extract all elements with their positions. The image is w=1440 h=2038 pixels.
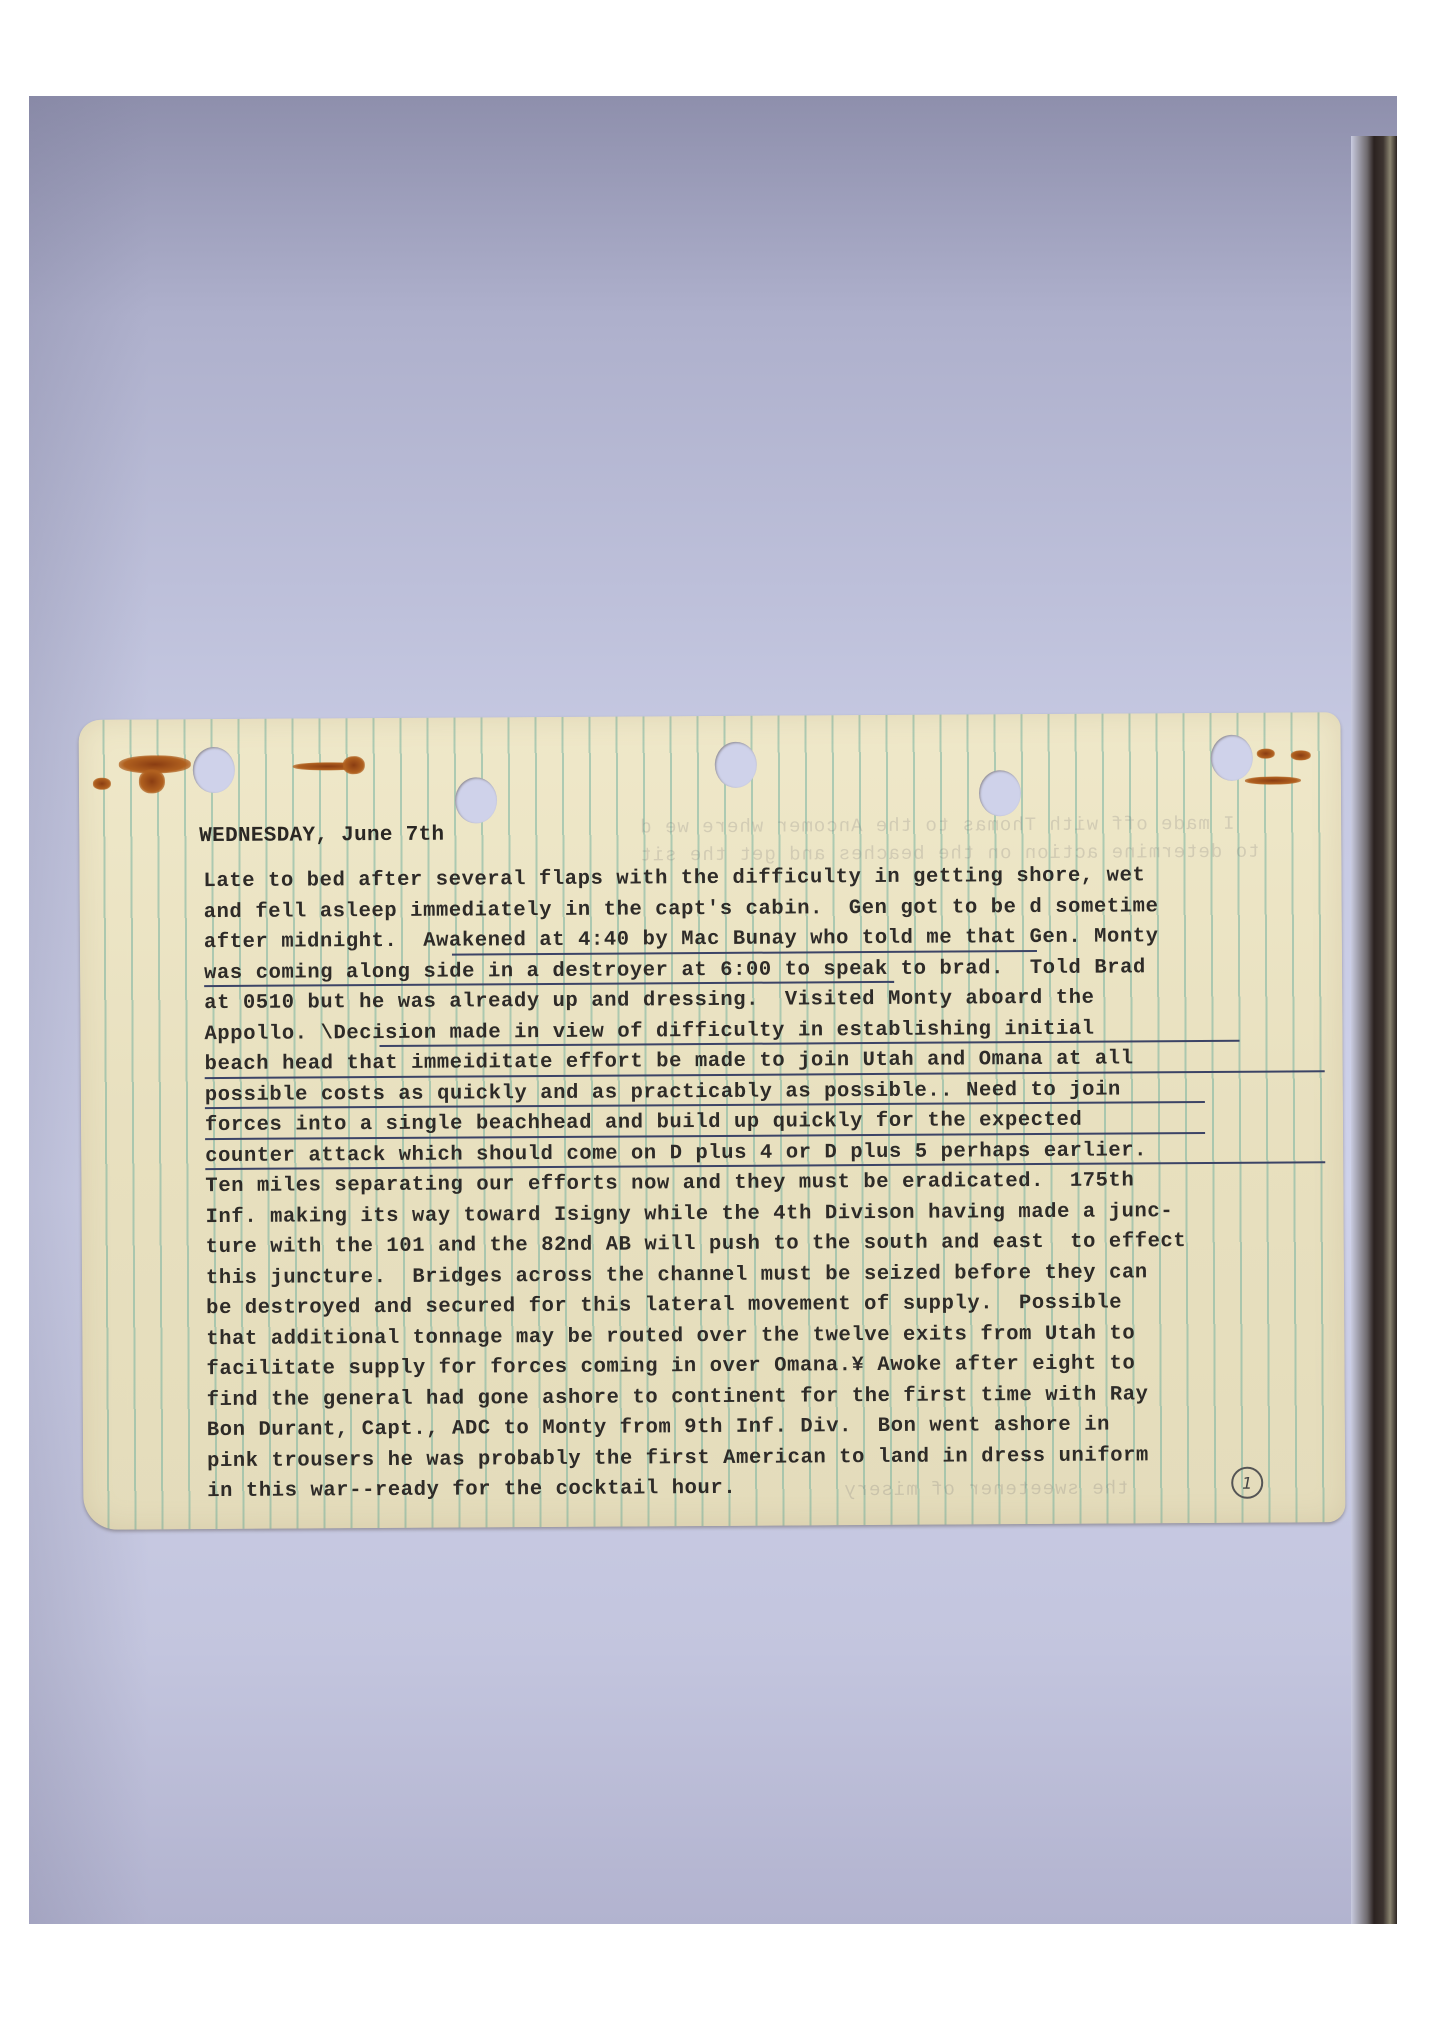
punch-hole [455,777,497,823]
diary-entry-body: Late to bed after several flaps with the… [203,860,1327,1507]
rust-stain [139,769,165,793]
diary-card: I made off with Thomas to the Ancomer wh… [79,712,1346,1530]
binder-edge [1351,136,1397,1924]
punch-hole [715,742,757,788]
page-number-circled: 1 [1231,1467,1263,1499]
rust-stain [93,778,111,790]
photo-background: I made off with Thomas to the Ancomer wh… [29,96,1397,1924]
punch-hole [1211,735,1253,781]
punch-hole [979,770,1021,816]
diary-date-heading: WEDNESDAY, June 7th [199,824,444,848]
rust-stain [1245,776,1301,784]
text-line: in this war--ready for the cocktail hour… [207,1470,1327,1507]
rust-stain [1291,750,1311,760]
rust-stain [343,756,365,774]
rust-stain [1257,749,1275,759]
bleed-through-text: I made off with Thomas to the Ancomer wh… [639,813,1234,839]
punch-hole [193,747,235,793]
